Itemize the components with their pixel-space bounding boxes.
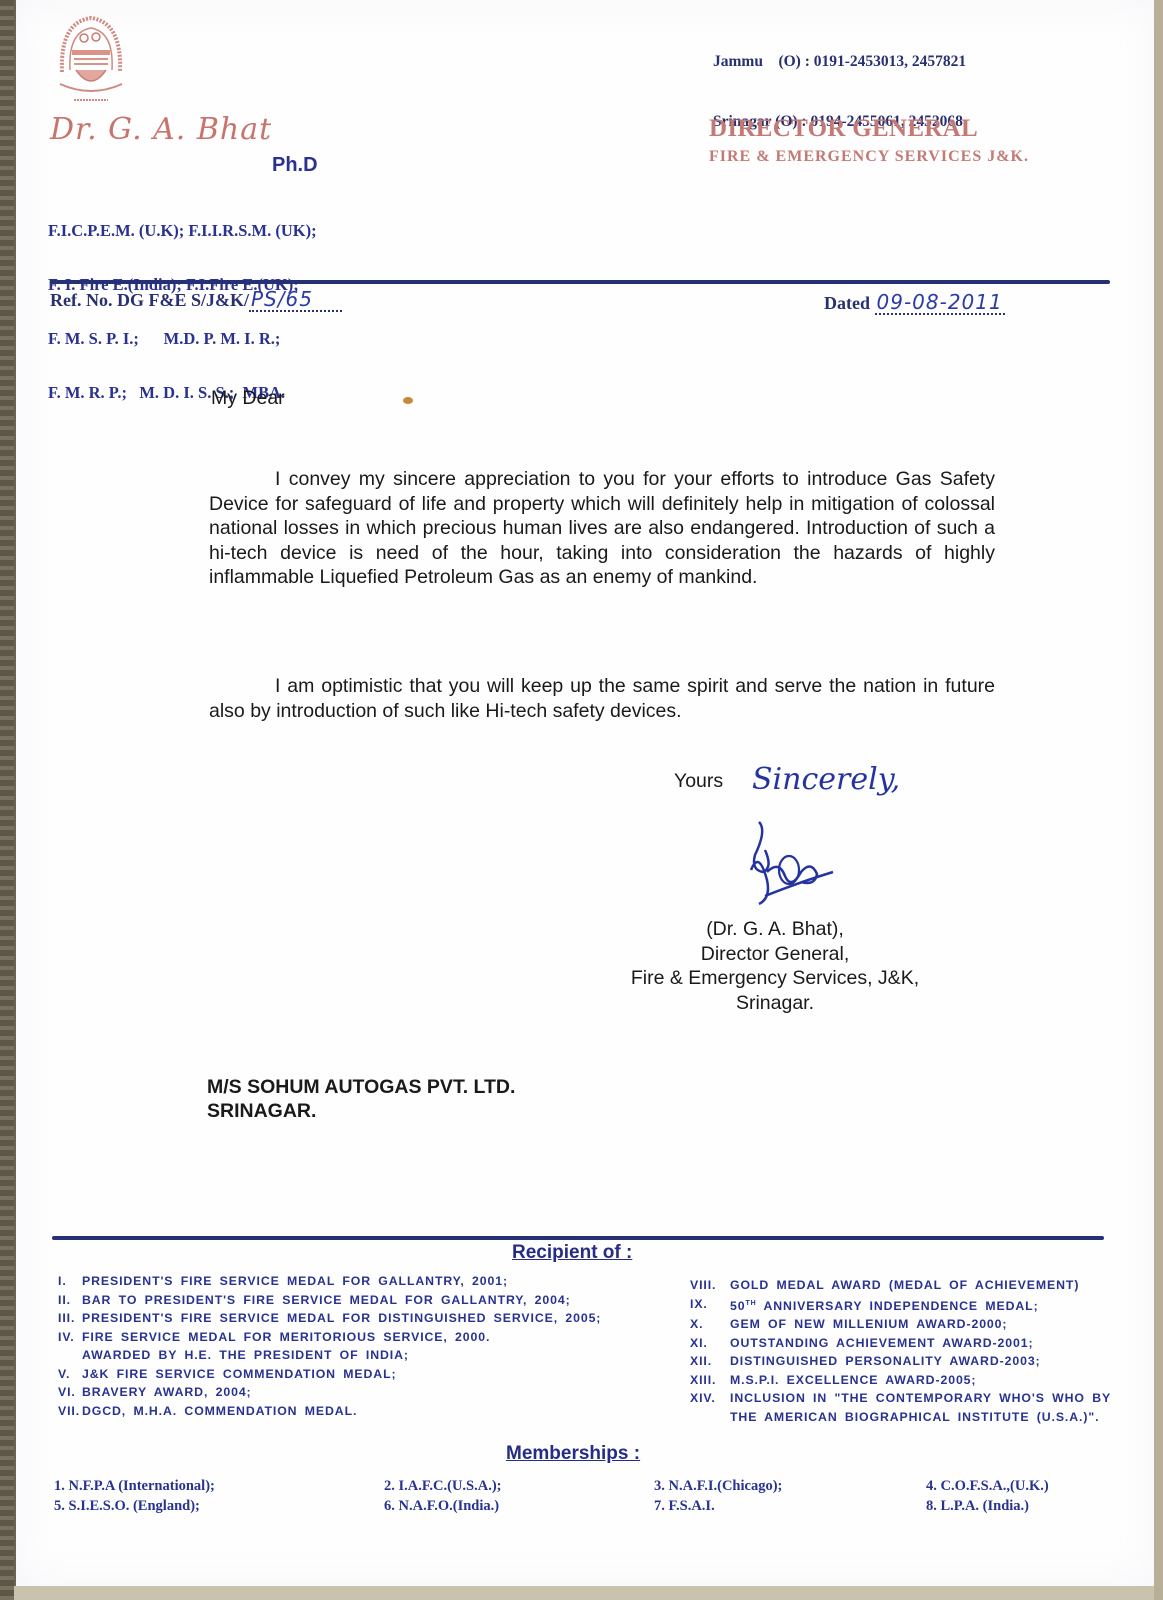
award-text: 50TH ANNIVERSARY INDEPENDENCE MEDAL; — [730, 1295, 1039, 1316]
award-item: X.GEM OF NEW MILLENIUM AWARD-2000; — [690, 1315, 1120, 1334]
signatory-department: Fire & Emergency Services, J&K, — [600, 966, 950, 991]
scan-right-edge — [1154, 0, 1163, 1600]
award-text: FIRE SERVICE MEDAL FOR MERITORIOUS SERVI… — [82, 1328, 490, 1347]
addressee-city: SRINAGAR. — [207, 1099, 515, 1123]
award-number: III. — [58, 1309, 82, 1328]
award-item: VIII.GOLD MEDAL AWARD (MEDAL OF ACHIEVEM… — [690, 1276, 1120, 1295]
award-text: AWARDED BY H.E. THE PRESIDENT OF INDIA; — [82, 1346, 409, 1365]
membership-item: 8. L.P.A. (India.) — [926, 1498, 1086, 1515]
award-text: GEM OF NEW MILLENIUM AWARD-2000; — [730, 1315, 1007, 1334]
award-text: BRAVERY AWARD, 2004; — [82, 1383, 252, 1402]
award-text: INCLUSION IN "THE CONTEMPORARY WHO'S WHO… — [730, 1389, 1111, 1408]
award-text: M.S.P.I. EXCELLENCE AWARD-2005; — [730, 1371, 976, 1390]
letterhead-divider — [50, 280, 1110, 284]
reference-label: Ref. No. DG F&E S/J&K/ — [50, 290, 249, 310]
award-item: THE AMERICAN BIOGRAPHICAL INSTITUTE (U.S… — [690, 1408, 1120, 1427]
award-number: XIV. — [690, 1389, 730, 1408]
reference-value-field: PS/65 — [249, 290, 342, 312]
award-number: IX. — [690, 1295, 730, 1316]
award-number: II. — [58, 1291, 82, 1310]
closing-printed: Yours — [674, 770, 723, 793]
salutation: My Dear — [211, 387, 285, 410]
office-title: DIRECTOR GENERAL — [709, 115, 978, 143]
signature-icon — [745, 810, 855, 910]
award-item: IV.FIRE SERVICE MEDAL FOR MERITORIOUS SE… — [58, 1328, 658, 1347]
awards-list-left: I.PRESIDENT'S FIRE SERVICE MEDAL FOR GAL… — [58, 1272, 658, 1420]
membership-item: 3. N.A.F.I.(Chicago); — [654, 1478, 926, 1495]
award-item: III.PRESIDENT'S FIRE SERVICE MEDAL FOR D… — [58, 1309, 658, 1328]
qualification-line: F. M. S. P. I.; M.D. P. M. I. R.; — [48, 330, 317, 348]
award-item: IX.50TH ANNIVERSARY INDEPENDENCE MEDAL; — [690, 1295, 1120, 1316]
date-line: Dated 09-08-2011 — [824, 290, 1005, 314]
membership-item: 2. I.A.F.C.(U.S.A.); — [384, 1478, 654, 1495]
membership-item: 7. F.S.A.I. — [654, 1498, 926, 1515]
phone-jammu: Jammu (O) : 0191-2453013, 2457821 — [713, 52, 966, 72]
award-number: XII. — [690, 1352, 730, 1371]
membership-item: 4. C.O.F.S.A.,(U.K.) — [926, 1478, 1086, 1495]
memberships-heading: Memberships : — [506, 1443, 640, 1465]
award-number: XIII. — [690, 1371, 730, 1390]
letterhead-name: Dr. G. A. Bhat — [50, 112, 272, 147]
recipient-of-heading: Recipient of : — [512, 1242, 632, 1264]
award-item: XIII.M.S.P.I. EXCELLENCE AWARD-2005; — [690, 1371, 1120, 1390]
signatory-title: Director General, — [600, 942, 950, 967]
award-item: AWARDED BY H.E. THE PRESIDENT OF INDIA; — [58, 1346, 658, 1365]
award-item: XII.DISTINGUISHED PERSONALITY AWARD-2003… — [690, 1352, 1120, 1371]
award-item: VI.BRAVERY AWARD, 2004; — [58, 1383, 658, 1402]
award-number: X. — [690, 1315, 730, 1334]
date-handwritten: 09-08-2011 — [877, 290, 1003, 314]
membership-item: 6. N.A.F.O.(India.) — [384, 1498, 654, 1515]
award-text: PRESIDENT'S FIRE SERVICE MEDAL FOR GALLA… — [82, 1272, 508, 1291]
signatory-location: Srinagar. — [600, 991, 950, 1016]
award-item: VII.DGCD, M.H.A. COMMENDATION MEDAL. — [58, 1402, 658, 1421]
award-text: PRESIDENT'S FIRE SERVICE MEDAL FOR DISTI… — [82, 1309, 601, 1328]
award-number — [58, 1346, 82, 1365]
award-text: GOLD MEDAL AWARD (MEDAL OF ACHIEVEMENT) — [730, 1276, 1079, 1295]
award-number: V. — [58, 1365, 82, 1384]
signatory-block: (Dr. G. A. Bhat), Director General, Fire… — [600, 917, 950, 1015]
signatory-name: (Dr. G. A. Bhat), — [600, 917, 950, 942]
letter-paragraph-1: I convey my sincere appreciation to you … — [209, 467, 995, 590]
award-item: XI.OUTSTANDING ACHIEVEMENT AWARD-2001; — [690, 1334, 1120, 1353]
award-item: XIV.INCLUSION IN "THE CONTEMPORARY WHO'S… — [690, 1389, 1120, 1408]
award-item: II.BAR TO PRESIDENT'S FIRE SERVICE MEDAL… — [58, 1291, 658, 1310]
award-number — [690, 1408, 730, 1427]
dated-label: Dated — [824, 293, 870, 313]
office-subtitle: FIRE & EMERGENCY SERVICES J&K. — [709, 148, 1029, 166]
reference-handwritten: PS/65 — [251, 287, 313, 311]
award-number: XI. — [690, 1334, 730, 1353]
date-field: 09-08-2011 — [875, 293, 1005, 315]
award-number: IV. — [58, 1328, 82, 1347]
award-number: VII. — [58, 1402, 82, 1421]
addressee-company: M/S SOHUM AUTOGAS PVT. LTD. — [207, 1075, 515, 1099]
memberships-list: 1. N.F.P.A (International); 2. I.A.F.C.(… — [54, 1478, 1084, 1515]
award-text: J&K FIRE SERVICE COMMENDATION MEDAL; — [82, 1365, 397, 1384]
award-number: VI. — [58, 1383, 82, 1402]
award-item: V.J&K FIRE SERVICE COMMENDATION MEDAL; — [58, 1365, 658, 1384]
letterhead-degree: Ph.D — [272, 154, 318, 177]
qualification-line: F.I.C.P.E.M. (U.K); F.I.I.R.S.M. (UK); — [48, 222, 317, 240]
award-number: I. — [58, 1272, 82, 1291]
closing-handwritten: Sincerely, — [752, 762, 900, 797]
addressee-block: M/S SOHUM AUTOGAS PVT. LTD. SRINAGAR. — [207, 1075, 515, 1123]
award-number: VIII. — [690, 1276, 730, 1295]
scan-left-edge — [0, 0, 14, 1600]
reference-number: Ref. No. DG F&E S/J&K/PS/65 — [50, 287, 342, 311]
membership-item: 5. S.I.E.S.O. (England); — [54, 1498, 384, 1515]
award-text: DISTINGUISHED PERSONALITY AWARD-2003; — [730, 1352, 1041, 1371]
award-text: OUTSTANDING ACHIEVEMENT AWARD-2001; — [730, 1334, 1034, 1353]
footer-divider — [52, 1236, 1104, 1240]
award-item: I.PRESIDENT'S FIRE SERVICE MEDAL FOR GAL… — [58, 1272, 658, 1291]
ink-stain — [403, 397, 413, 404]
awards-list-right: VIII.GOLD MEDAL AWARD (MEDAL OF ACHIEVEM… — [690, 1276, 1120, 1426]
award-text: DGCD, M.H.A. COMMENDATION MEDAL. — [82, 1402, 357, 1421]
membership-item: 1. N.F.P.A (International); — [54, 1478, 384, 1495]
award-text: BAR TO PRESIDENT'S FIRE SERVICE MEDAL FO… — [82, 1291, 571, 1310]
award-text: THE AMERICAN BIOGRAPHICAL INSTITUTE (U.S… — [730, 1408, 1099, 1427]
letter-paragraph-2: I am optimistic that you will keep up th… — [209, 674, 995, 723]
jk-state-emblem-icon — [54, 12, 128, 106]
